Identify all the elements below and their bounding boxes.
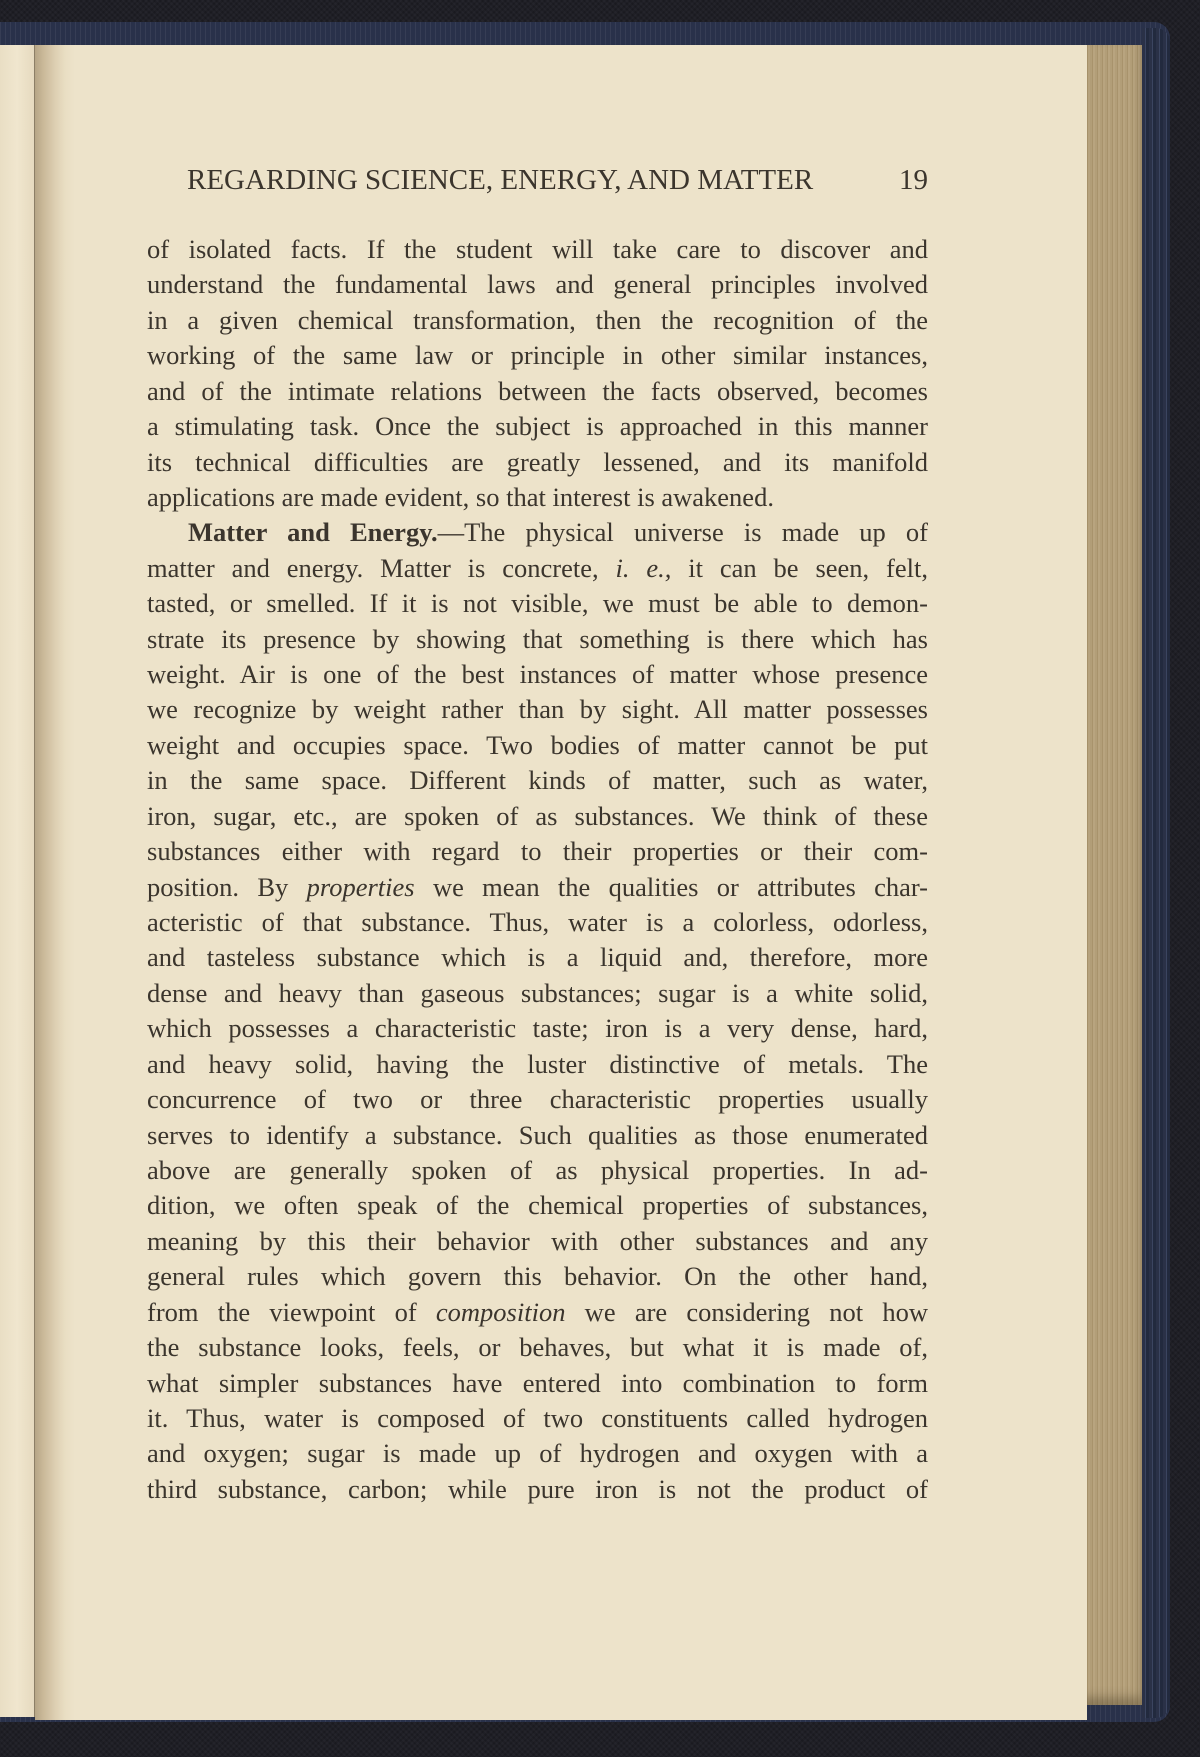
page-number: 19 bbox=[899, 166, 928, 195]
text-line: and tasteless substance which is a liqui… bbox=[147, 940, 928, 975]
running-head-title: REGARDING SCIENCE, ENERGY, AND MATTER bbox=[187, 166, 813, 195]
line-text: a stimulating task. Once the subject is … bbox=[147, 411, 928, 441]
text-line: substances either with regard to their p… bbox=[147, 834, 928, 869]
text-line: from the viewpoint of composition we are… bbox=[147, 1295, 928, 1330]
text-line: what simpler substances have entered int… bbox=[147, 1366, 928, 1401]
text-line: dense and heavy than gaseous substances;… bbox=[147, 976, 928, 1011]
line-text: —The physical universe is made up of bbox=[438, 517, 928, 547]
line-text: working of the same law or principle in … bbox=[147, 340, 928, 370]
line-text: and tasteless substance which is a liqui… bbox=[147, 942, 928, 972]
italic-text: composition bbox=[436, 1297, 566, 1327]
text-line: working of the same law or principle in … bbox=[147, 338, 928, 373]
line-text: weight and occupies space. Two bodies of… bbox=[147, 730, 928, 760]
line-text: strate its presence by showing that some… bbox=[147, 624, 928, 654]
line-text: it can be seen, felt, bbox=[671, 553, 928, 583]
text-line-paragraph-end: applications are made evident, so that i… bbox=[147, 480, 928, 515]
line-text: which possesses a characteristic taste; … bbox=[147, 1013, 928, 1043]
page-block-edges bbox=[1080, 45, 1142, 1705]
text-line: understand the fundamental laws and gene… bbox=[147, 267, 928, 302]
text-line: meaning by this their behavior with othe… bbox=[147, 1224, 928, 1259]
text-line: above are generally spoken of as physica… bbox=[147, 1153, 928, 1188]
book-cover-ridge bbox=[1142, 28, 1170, 1718]
text-line: iron, sugar, etc., are spoken of as subs… bbox=[147, 799, 928, 834]
text-line: the substance looks, feels, or behaves, … bbox=[147, 1330, 928, 1365]
line-text: we mean the qualities or attributes char… bbox=[415, 872, 928, 902]
line-text: tasted, or smelled. If it is not visible… bbox=[147, 588, 928, 618]
text-line: and oxygen; sugar is made up of hydrogen… bbox=[147, 1436, 928, 1471]
text-line: concurrence of two or three characterist… bbox=[147, 1082, 928, 1117]
line-text: understand the fundamental laws and gene… bbox=[147, 269, 928, 299]
text-line: general rules which govern this behavior… bbox=[147, 1259, 928, 1294]
body-text: of isolated facts. If the student will t… bbox=[147, 232, 928, 1507]
line-text: in the same space. Different kinds of ma… bbox=[147, 765, 928, 795]
text-line: acteristic of that substance. Thus, wate… bbox=[147, 905, 928, 940]
line-text: concurrence of two or three characterist… bbox=[147, 1084, 928, 1114]
text-line: its technical difficulties are greatly l… bbox=[147, 445, 928, 480]
text-line: tasted, or smelled. If it is not visible… bbox=[147, 586, 928, 621]
text-line: it. Thus, water is composed of two const… bbox=[147, 1401, 928, 1436]
text-line: and of the intimate relations between th… bbox=[147, 374, 928, 409]
line-text: third substance, carbon; while pure iron… bbox=[147, 1474, 928, 1504]
line-text: of isolated facts. If the student will t… bbox=[147, 234, 928, 264]
line-text: meaning by this their behavior with othe… bbox=[147, 1226, 928, 1256]
line-text: we are considering not how bbox=[565, 1297, 928, 1327]
text-line: strate its presence by showing that some… bbox=[147, 622, 928, 657]
line-text: general rules which govern this behavior… bbox=[147, 1261, 928, 1291]
italic-text: i. e., bbox=[615, 553, 671, 583]
line-text: applications are made evident, so that i… bbox=[147, 482, 774, 512]
line-text: the substance looks, feels, or behaves, … bbox=[147, 1332, 928, 1362]
line-text: substances either with regard to their p… bbox=[147, 836, 928, 866]
text-line: matter and energy. Matter is concrete, i… bbox=[147, 551, 928, 586]
line-text: acteristic of that substance. Thus, wate… bbox=[147, 907, 928, 937]
text-line: dition, we often speak of the chemical p… bbox=[147, 1188, 928, 1223]
line-text: and oxygen; sugar is made up of hydrogen… bbox=[147, 1438, 928, 1468]
line-text: position. By bbox=[147, 872, 307, 902]
italic-text: properties bbox=[307, 872, 415, 902]
text-line-section-start: Matter and Energy.—The physical universe… bbox=[147, 515, 928, 550]
text-line: third substance, carbon; while pure iron… bbox=[147, 1472, 928, 1507]
text-line: weight. Air is one of the best instances… bbox=[147, 657, 928, 692]
line-text: and heavy solid, having the luster disti… bbox=[147, 1049, 928, 1079]
line-text: and of the intimate relations between th… bbox=[147, 376, 928, 406]
text-line: position. By properties we mean the qual… bbox=[147, 870, 928, 905]
text-line: weight and occupies space. Two bodies of… bbox=[147, 728, 928, 763]
line-text: serves to identify a substance. Such qua… bbox=[147, 1120, 928, 1150]
text-line: serves to identify a substance. Such qua… bbox=[147, 1118, 928, 1153]
section-heading-matter-and-energy: Matter and Energy. bbox=[188, 517, 438, 547]
line-text: its technical difficulties are greatly l… bbox=[147, 447, 928, 477]
line-text: we recognize by weight rather than by si… bbox=[147, 694, 928, 724]
text-line: of isolated facts. If the student will t… bbox=[147, 232, 928, 267]
facing-page-edge bbox=[0, 45, 35, 1717]
line-text: what simpler substances have entered int… bbox=[147, 1368, 928, 1398]
line-text: above are generally spoken of as physica… bbox=[147, 1155, 928, 1185]
line-text: weight. Air is one of the best instances… bbox=[147, 659, 928, 689]
line-text: in a given chemical transformation, then… bbox=[147, 305, 928, 335]
line-text: it. Thus, water is composed of two const… bbox=[147, 1403, 928, 1433]
line-text: dition, we often speak of the chemical p… bbox=[147, 1190, 928, 1220]
text-line: and heavy solid, having the luster disti… bbox=[147, 1047, 928, 1082]
text-line: which possesses a characteristic taste; … bbox=[147, 1011, 928, 1046]
text-line: in the same space. Different kinds of ma… bbox=[147, 763, 928, 798]
line-text: iron, sugar, etc., are spoken of as subs… bbox=[147, 801, 928, 831]
line-text: from the viewpoint of bbox=[147, 1297, 436, 1327]
running-head: REGARDING SCIENCE, ENERGY, AND MATTER 19 bbox=[187, 166, 928, 195]
text-line: we recognize by weight rather than by si… bbox=[147, 692, 928, 727]
text-line: a stimulating task. Once the subject is … bbox=[147, 409, 928, 444]
line-text: dense and heavy than gaseous substances;… bbox=[147, 978, 928, 1008]
text-line: in a given chemical transformation, then… bbox=[147, 303, 928, 338]
line-text: matter and energy. Matter is concrete, bbox=[147, 553, 615, 583]
